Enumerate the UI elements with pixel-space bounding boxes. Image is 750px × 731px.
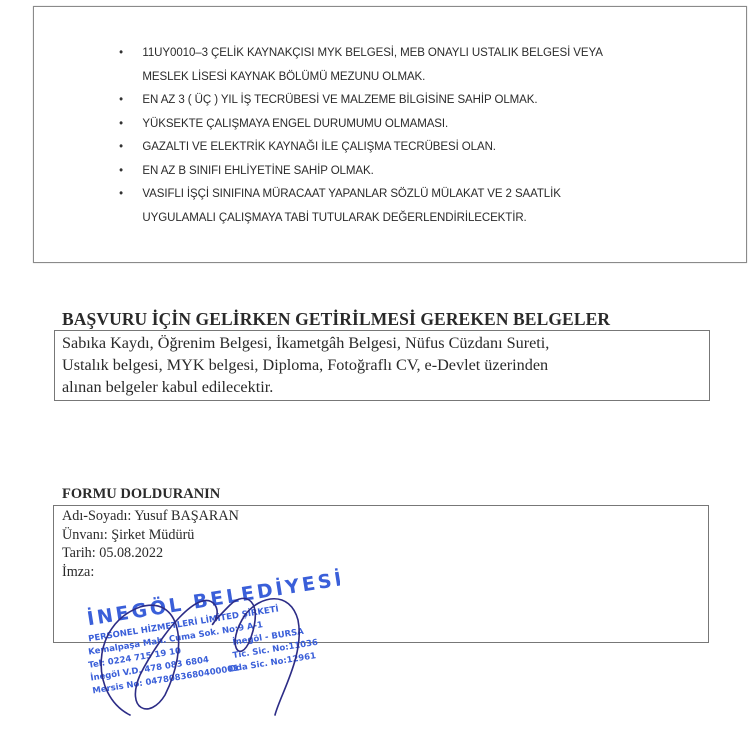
bullet-icon: •	[119, 41, 123, 65]
documents-line: Ustalık belgesi, MYK belgesi, Diploma, F…	[62, 354, 702, 376]
date-field: Tarih: 05.08.2022	[62, 544, 239, 563]
title-field: Ünvanı: Şirket Müdürü	[62, 526, 239, 545]
stamp-line: Mersis No: 0478083680400001	[92, 663, 240, 696]
bullet-icon: •	[119, 159, 123, 183]
requirement-item: • YÜKSEKTE ÇALIŞMAYA ENGEL DURUMUMU OLMA…	[108, 112, 666, 136]
form-fields: Adı-Soyadı: Yusuf BAŞARAN Ünvanı: Şirket…	[62, 507, 239, 581]
requirement-text: EN AZ 3 ( ÜÇ ) YIL İŞ TECRÜBESİ VE MALZE…	[142, 88, 666, 112]
documents-text: Sabıka Kaydı, Öğrenim Belgesi, İkametgâh…	[62, 332, 702, 398]
bullet-icon: •	[119, 112, 123, 136]
signature-label: İmza:	[62, 563, 239, 582]
form-heading: FORMU DOLDURANIN	[62, 486, 220, 503]
requirement-text-cont: MESLEK LİSESİ KAYNAK BÖLÜMÜ MEZUNU OLMAK…	[142, 65, 666, 89]
requirement-item: • VASIFLI İŞÇİ SINIFINA MÜRACAAT YAPANLA…	[108, 182, 666, 229]
name-field: Adı-Soyadı: Yusuf BAŞARAN	[62, 507, 239, 526]
bullet-icon: •	[119, 182, 123, 206]
requirement-item: • EN AZ 3 ( ÜÇ ) YIL İŞ TECRÜBESİ VE MAL…	[108, 88, 666, 112]
requirement-text: YÜKSEKTE ÇALIŞMAYA ENGEL DURUMUMU OLMAMA…	[142, 112, 666, 136]
requirements-list: • 11UY0010–3 ÇELİK KAYNAKÇISI MYK BELGES…	[108, 41, 666, 229]
stamp-line: Oda Sic. No:12961	[228, 651, 317, 675]
requirement-text: VASIFLI İŞÇİ SINIFINA MÜRACAAT YAPANLAR …	[142, 182, 666, 206]
requirement-text: GAZALTI VE ELEKTRİK KAYNAĞI İLE ÇALIŞMA …	[142, 135, 666, 159]
requirement-item: • 11UY0010–3 ÇELİK KAYNAKÇISI MYK BELGES…	[108, 41, 666, 88]
requirement-text: 11UY0010–3 ÇELİK KAYNAKÇISI MYK BELGESİ,…	[142, 41, 666, 65]
documents-line: alınan belgeler kabul edilecektir.	[62, 376, 702, 398]
stamp-line: İnegöl V.D. 478 083 6804	[90, 654, 210, 684]
bullet-icon: •	[119, 88, 123, 112]
requirement-text: EN AZ B SINIFI EHLİYETİNE SAHİP OLMAK.	[142, 159, 666, 183]
requirement-item: • EN AZ B SINIFI EHLİYETİNE SAHİP OLMAK.	[108, 159, 666, 183]
requirement-text-cont: UYGULAMALI ÇALIŞMAYA TABİ TUTULARAK DEĞE…	[142, 206, 666, 230]
documents-heading: BAŞVURU İÇİN GELİRKEN GETİRİLMESİ GEREKE…	[62, 309, 610, 330]
requirement-item: • GAZALTI VE ELEKTRİK KAYNAĞI İLE ÇALIŞM…	[108, 135, 666, 159]
stamp-line: Tel: 0224 715 19 10	[88, 646, 182, 671]
documents-line: Sabıka Kaydı, Öğrenim Belgesi, İkametgâh…	[62, 332, 702, 354]
bullet-icon: •	[119, 135, 123, 159]
